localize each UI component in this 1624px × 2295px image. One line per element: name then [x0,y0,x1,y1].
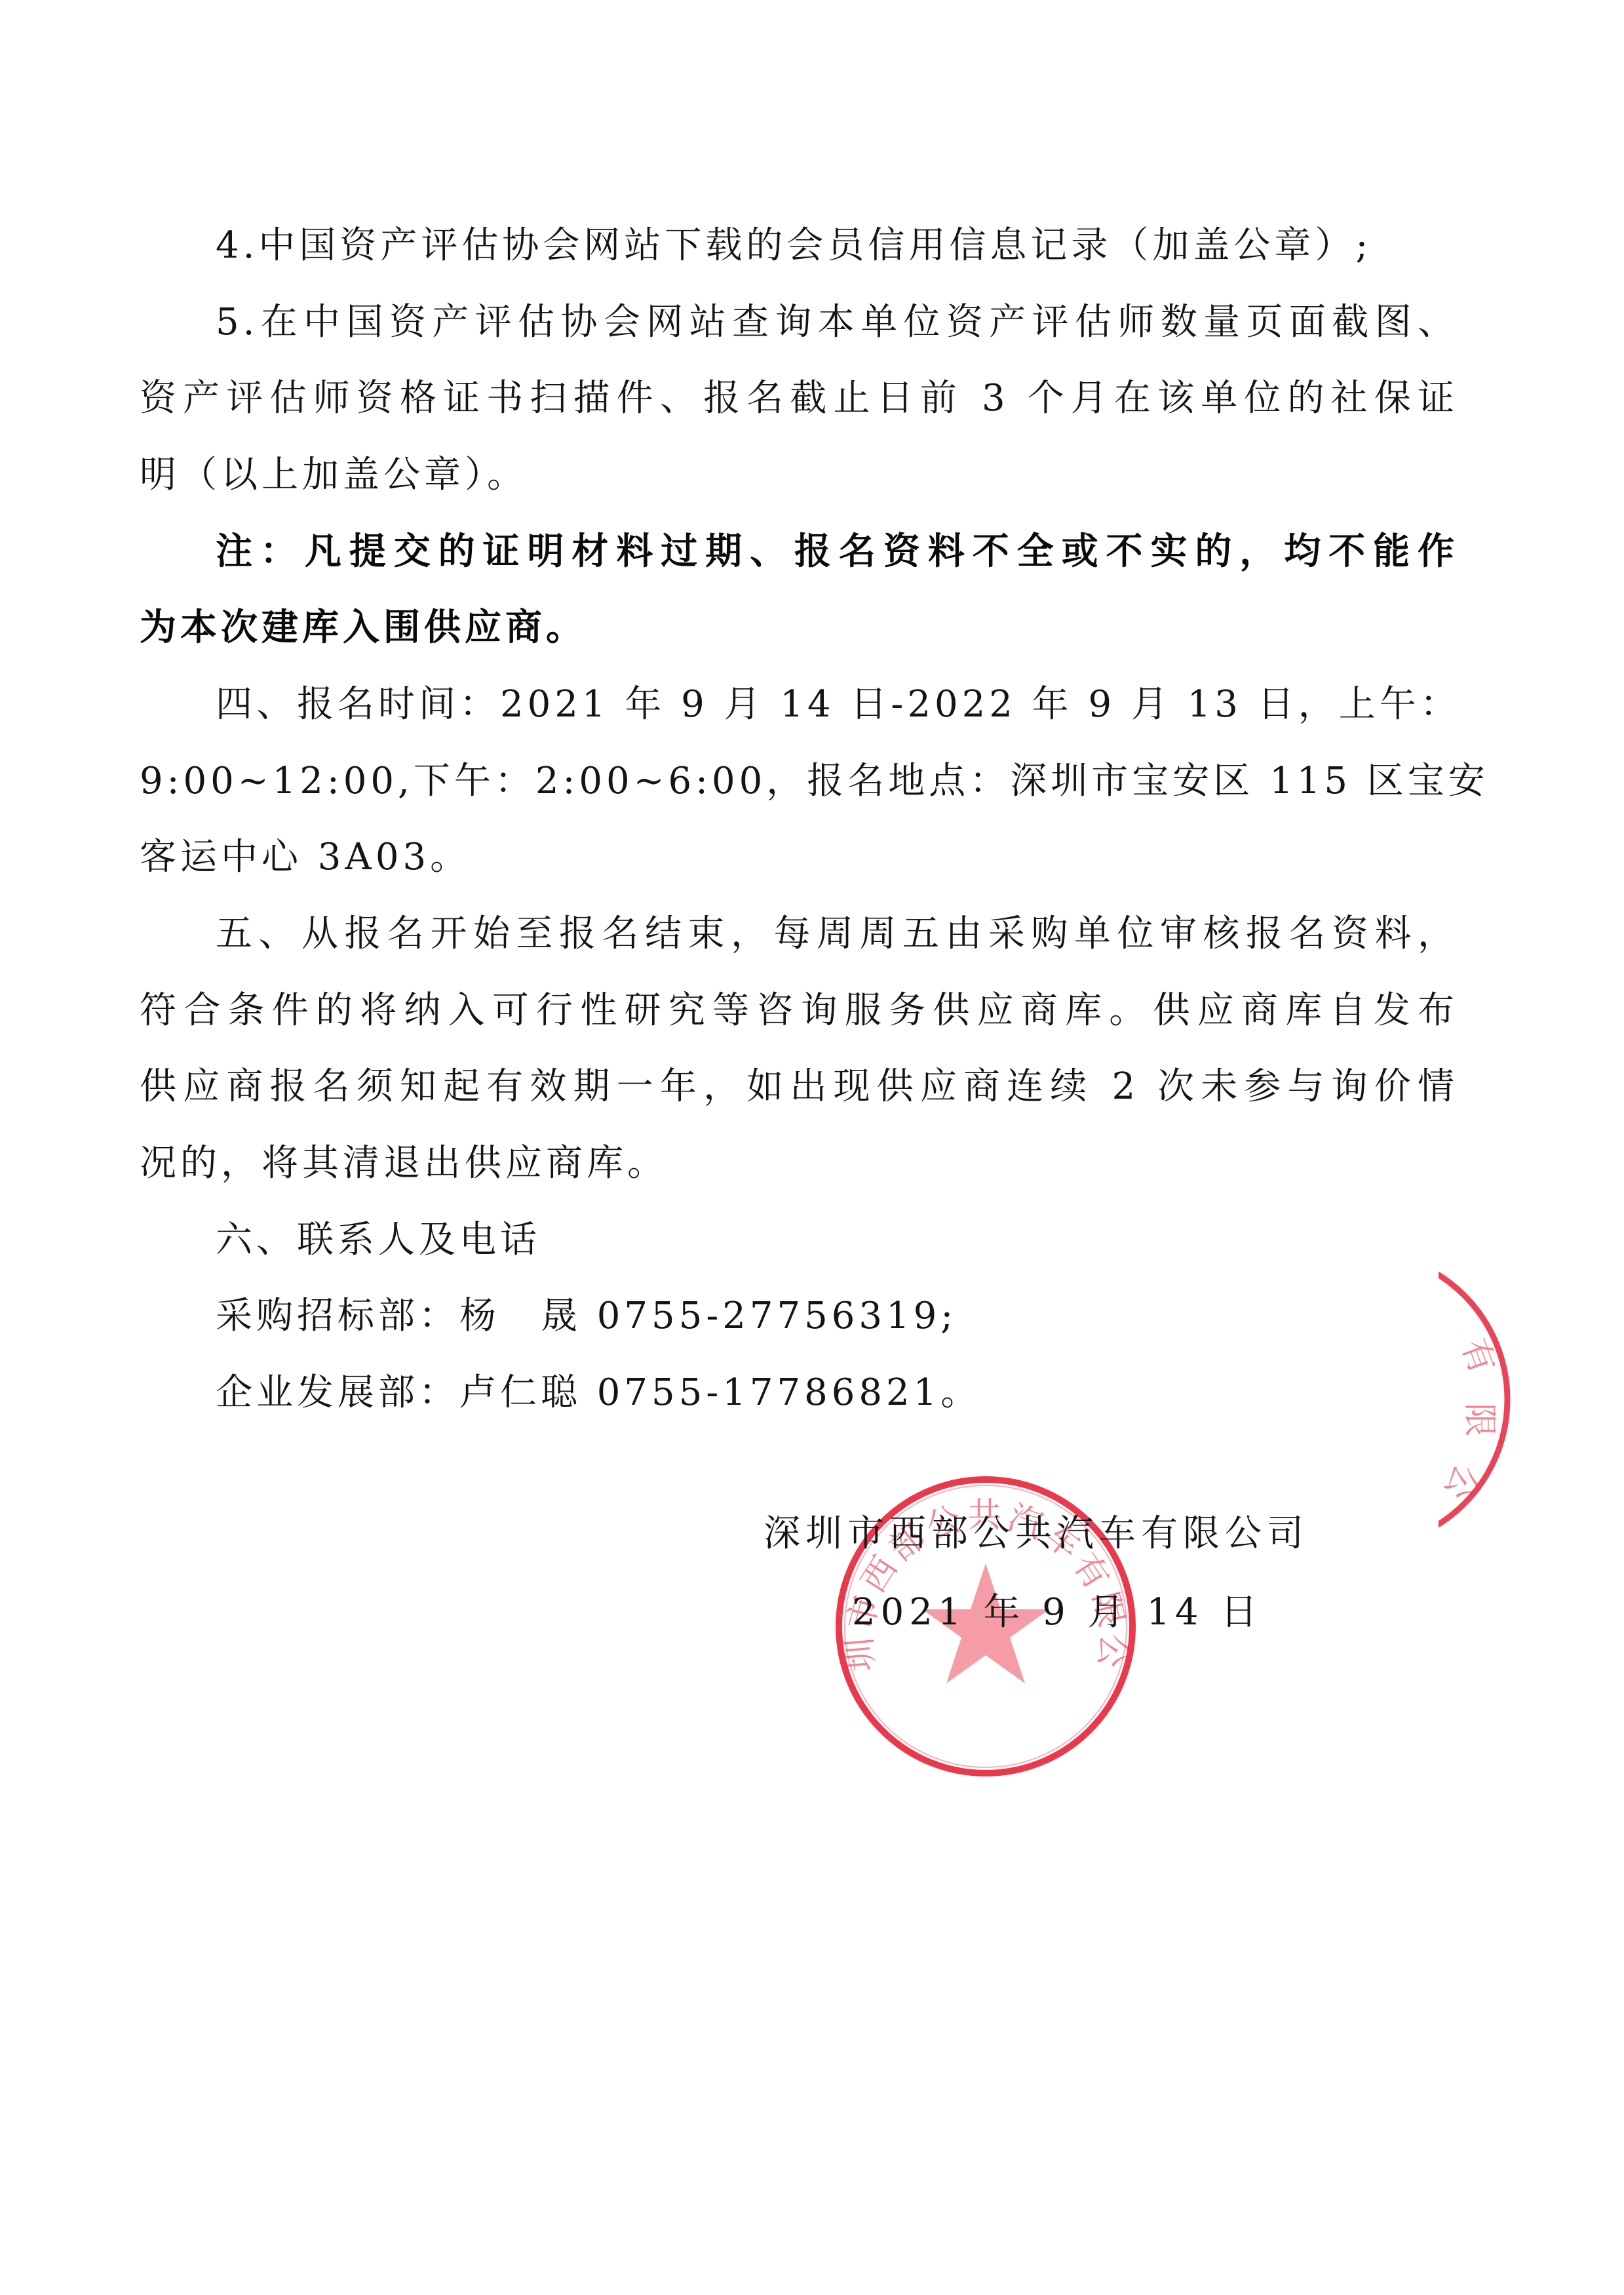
signature-date: 2021 年 9 月 14 日 [852,1590,1262,1636]
registration-time-line-1: 四、报名时间：2021 年 9 月 14 日-2022 年 9 月 13 日，上… [140,682,1458,728]
item-5-line-3: 明（以上加盖公章）。 [140,452,1458,498]
document-page: 4.中国资产评估协会网站下载的会员信用信息记录（加盖公章）; 5.在中国资产评估… [0,0,1624,2295]
svg-text:限: 限 [1460,1403,1499,1437]
contact-procurement: 采购招标部：杨 晟 0755-27756319; [140,1293,1458,1339]
contacts-heading: 六、联系人及电话 [140,1217,1458,1263]
item-5-line-2: 资产评估师资格证书扫描件、报名截止日前 3 个月在该单位的社保证 [140,376,1458,422]
review-process-line-1: 五、从报名开始至报名结束，每周周五由采购单位审核报名资料， [140,911,1458,957]
seal-ring-text: 深圳市西部公共汽车有限公司 [832,1472,1133,1674]
note-line-2: 为本次建库入围供应商。 [140,605,1458,651]
registration-time-line-3: 客运中心 3A03。 [140,834,1458,880]
review-process-line-2: 符合条件的将纳入可行性研究等咨询服务供应商库。供应商库自发布 [140,988,1458,1034]
review-process-line-4: 况的，将其清退出供应商库。 [140,1141,1458,1187]
review-process-line-3: 供应商报名须知起有效期一年，如出现供应商连续 2 次未参与询价情 [140,1064,1458,1110]
item-4-line: 4.中国资产评估协会网站下载的会员信用信息记录（加盖公章）; [140,223,1458,269]
signature-company: 深圳市西部公共汽车有限公司 [764,1511,1309,1557]
svg-text:公: 公 [1436,1459,1486,1506]
seam-seal-text: 有 [1454,1333,1502,1379]
item-5-line-1: 5.在中国资产评估协会网站查询本单位资产评估师数量页面截图、 [140,300,1458,345]
note-line-1: 注：凡提交的证明材料过期、报名资料不全或不实的，均不能作 [140,529,1458,575]
contact-enterprise-development: 企业发展部：卢仁聪 0755-17786821。 [140,1370,1458,1416]
registration-time-line-2: 9:00~12:00,下午：2:00~6:00，报名地点：深圳市宝安区 115 … [140,758,1458,804]
